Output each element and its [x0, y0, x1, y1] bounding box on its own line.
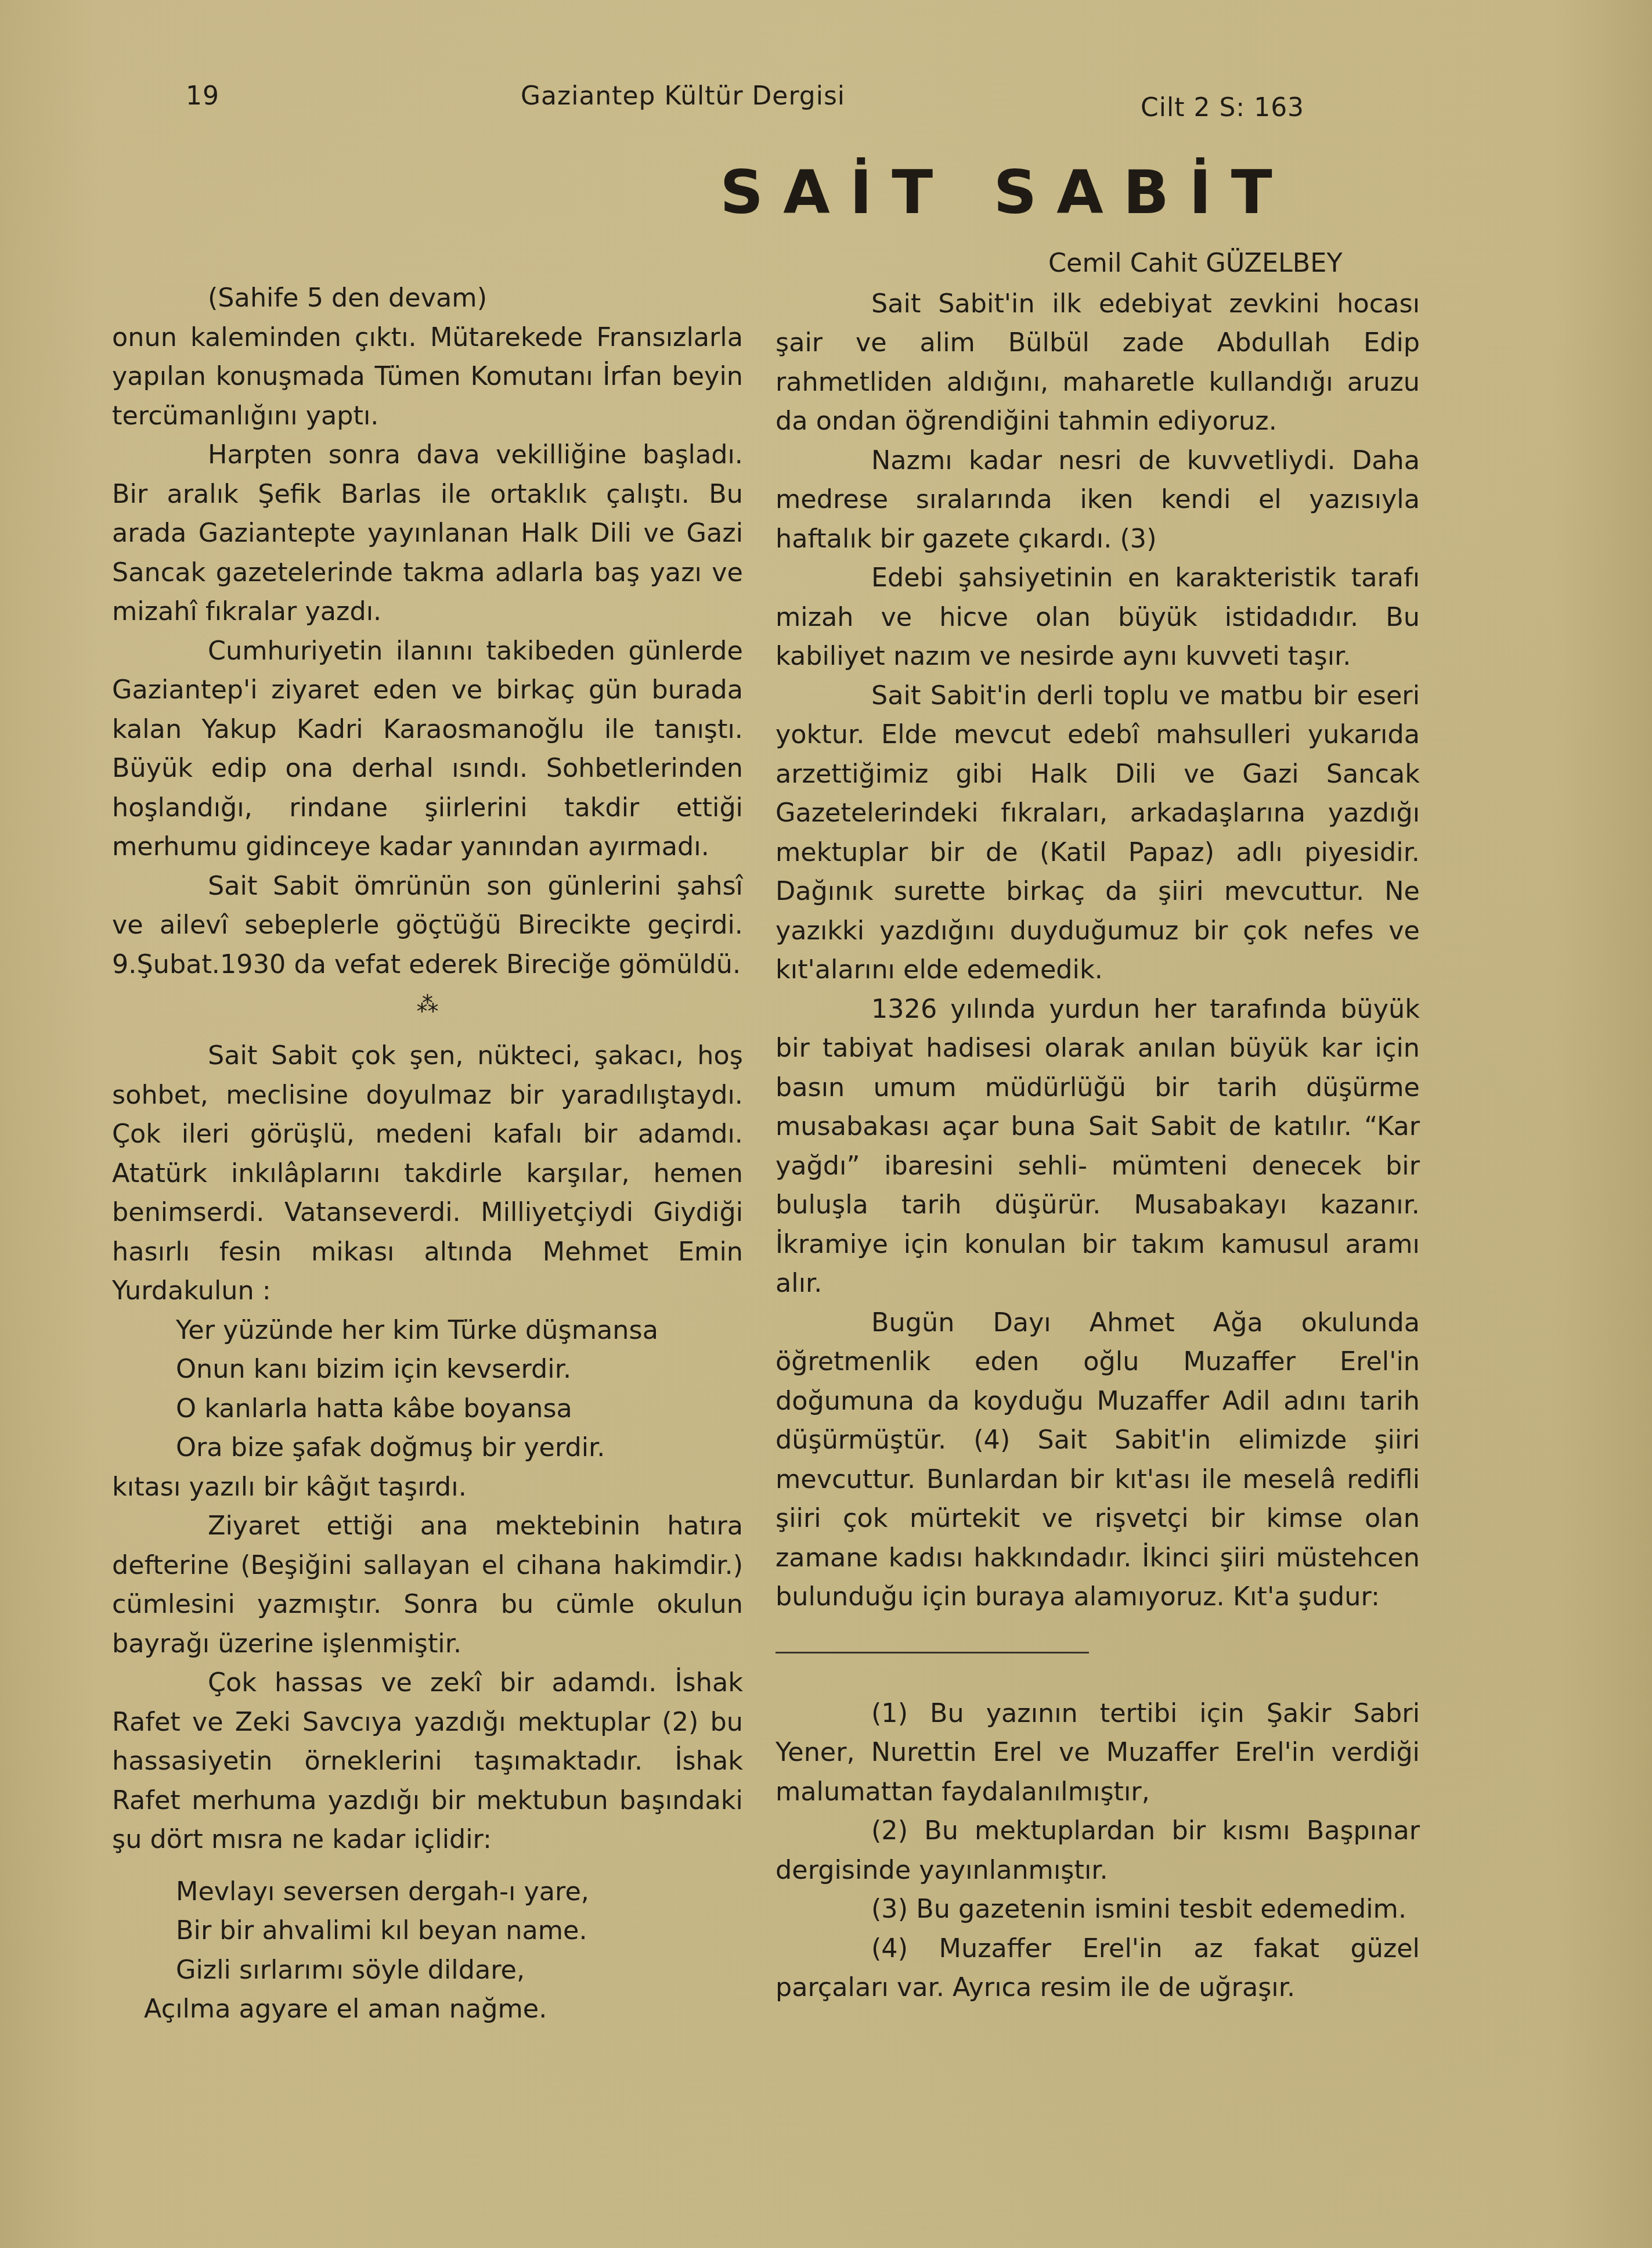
page-number: 19: [186, 81, 219, 111]
verse-line: Bir bir ahvalimi kıl beyan name.: [112, 1911, 743, 1951]
paragraph: Çok hassas ve zekî bir adamdı. İshak Raf…: [112, 1663, 743, 1860]
verse-line: Mevlayı seversen dergah-ı yare,: [112, 1872, 743, 1912]
paragraph: Sait Sabit'in ilk edebiyat zevkini hocas…: [775, 284, 1420, 441]
verse-line: Açılma agyare el aman nağme.: [112, 1990, 743, 2029]
author-byline: Cemil Cahit GÜZELBEY: [775, 244, 1420, 283]
asterism-divider: ⁂: [112, 984, 743, 1036]
left-column: (Sahife 5 den devam) onun kaleminden çık…: [112, 279, 743, 2029]
paragraph: Sait Sabit çok şen, nükteci, şakacı, hoş…: [112, 1036, 743, 1311]
paragraph: Ziyaret ettiği ana mektebinin hatıra def…: [112, 1507, 743, 1663]
paragraph: Edebi şahsiyetinin en karakteristik tara…: [775, 559, 1420, 676]
verse-line: Onun kanı bizim için kevserdir.: [112, 1350, 743, 1389]
paragraph: Nazmı kadar nesri de kuvvetliydi. Daha m…: [775, 441, 1420, 559]
paragraph: Harpten sonra dava vekilliğine başladı. …: [112, 435, 743, 632]
paragraph: kıtası yazılı bir kâğıt taşırdı.: [112, 1468, 743, 1507]
article-title: SAİT SABİT: [0, 157, 1652, 228]
footnote-divider: [775, 1652, 1089, 1653]
paragraph: onun kaleminden çıktı. Mütarekede Fransı…: [112, 318, 743, 436]
footnote: (2) Bu mektuplardan bir kısmı Başpınar d…: [775, 1811, 1420, 1890]
footnote: (1) Bu yazının tertibi için Şakir Sabri …: [775, 1694, 1420, 1812]
verse-line: Ora bize şafak doğmuş bir yerdir.: [112, 1428, 743, 1468]
footnote: (4) Muzaffer Erel'in az fakat güzel parç…: [775, 1929, 1420, 2008]
magazine-title: Gaziantep Kültür Dergisi: [521, 81, 845, 111]
paragraph: Sait Sabit'in derli toplu ve matbu bir e…: [775, 676, 1420, 990]
paragraph: Cumhuriyetin ilanını takibeden günlerde …: [112, 632, 743, 867]
magazine-page: 19 Gaziantep Kültür Dergisi Cilt 2 S: 16…: [0, 0, 1652, 2248]
paragraph: Sait Sabit ömrünün son günlerini şahsî v…: [112, 867, 743, 985]
verse-line: Gizli sırlarımı söyle dildare,: [112, 1951, 743, 1990]
paragraph: Bugün Dayı Ahmet Ağa okulunda öğretmenli…: [775, 1303, 1420, 1617]
verse-line: Yer yüzünde her kim Türke düşmansa: [112, 1311, 743, 1350]
verse-line: O kanlarla hatta kâbe boyansa: [112, 1389, 743, 1429]
footnote: (3) Bu gazetenin ismini tesbit edemedim.: [775, 1890, 1420, 1929]
article-title-text: SAİT SABİT: [720, 157, 1292, 228]
continuation-note: (Sahife 5 den devam): [112, 279, 743, 318]
right-column: Cemil Cahit GÜZELBEY Sait Sabit'in ilk e…: [775, 244, 1420, 2008]
volume-issue: Cilt 2 S: 163: [1141, 93, 1304, 123]
paragraph: 1326 yılında yurdun her tarafında büyük …: [775, 990, 1420, 1303]
